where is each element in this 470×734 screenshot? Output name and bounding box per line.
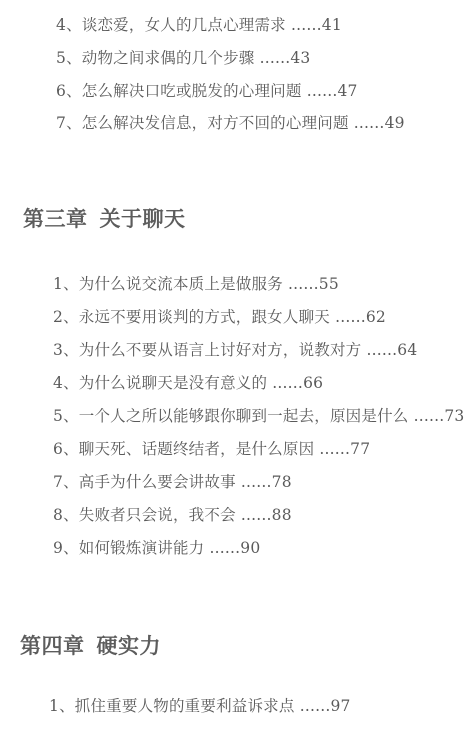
toc-leader: ...... <box>349 114 385 132</box>
toc-separator: 、 <box>66 16 82 34</box>
toc-entry-title: 怎么解决口吃或脱发的心理问题 <box>82 82 302 100</box>
toc-separator: 、 <box>63 341 79 359</box>
toc-page-number: 90 <box>240 539 260 557</box>
toc-entry: 1、为什么说交流本质上是做服务 ......55 <box>53 274 339 294</box>
toc-leader: ...... <box>302 82 338 100</box>
toc-entry: 4、为什么说聊天是没有意义的 ......66 <box>53 373 323 393</box>
toc-separator: 、 <box>63 506 79 524</box>
toc-entry-number: 1 <box>53 275 63 293</box>
toc-leader: ...... <box>204 539 240 557</box>
toc-leader: ...... <box>283 275 319 293</box>
toc-entry: 6、怎么解决口吃或脱发的心理问题 ......47 <box>56 81 358 101</box>
toc-separator: 、 <box>63 275 79 293</box>
toc-page-number: 73 <box>444 407 464 425</box>
toc-entry-number: 3 <box>53 341 63 359</box>
toc-entry-number: 6 <box>53 440 63 458</box>
toc-entry-number: 5 <box>56 49 66 67</box>
toc-entry: 1、抓住重要人物的重要利益诉求点 ......97 <box>49 696 351 716</box>
toc-entry: 4、谈恋爱，女人的几点心理需求 ......41 <box>56 15 342 35</box>
toc-entry-title: 为什么不要从语言上讨好对方，说教对方 <box>79 341 362 359</box>
toc-page-number: 66 <box>303 374 323 392</box>
chapter-label: 第三章 <box>23 206 88 231</box>
toc-entry: 6、聊天死、话题终结者，是什么原因 ......77 <box>53 439 370 459</box>
toc-entry: 2、永远不要用谈判的方式，跟女人聊天 ......62 <box>53 307 386 327</box>
toc-entry-title: 一个人之所以能够跟你聊到一起去，原因是什么 <box>79 407 409 425</box>
toc-entry-title: 为什么说交流本质上是做服务 <box>79 275 283 293</box>
toc-entry: 7、怎么解决发信息，对方不回的心理问题 ......49 <box>56 113 405 133</box>
toc-entry: 3、为什么不要从语言上讨好对方，说教对方 ......64 <box>53 340 417 360</box>
toc-entry: 5、动物之间求偶的几个步骤 ......43 <box>56 48 310 68</box>
toc-entry: 8、失败者只会说，我不会 ......88 <box>53 505 292 525</box>
toc-page-number: 97 <box>330 697 350 715</box>
toc-entry-number: 8 <box>53 506 63 524</box>
toc-leader: ...... <box>314 440 350 458</box>
toc-entry-number: 7 <box>56 114 66 132</box>
toc-page-number: 77 <box>350 440 370 458</box>
toc-leader: ...... <box>330 308 366 326</box>
toc-page-number: 43 <box>290 49 310 67</box>
toc-entry-title: 失败者只会说，我不会 <box>79 506 236 524</box>
toc-entry-number: 5 <box>53 407 63 425</box>
toc-entry-title: 高手为什么要会讲故事 <box>79 473 236 491</box>
toc-separator: 、 <box>63 440 79 458</box>
toc-entry-title: 抓住重要人物的重要利益诉求点 <box>75 697 295 715</box>
toc-leader: ...... <box>286 16 322 34</box>
toc-page-number: 49 <box>385 114 405 132</box>
toc-entry-title: 聊天死、话题终结者，是什么原因 <box>79 440 315 458</box>
toc-leader: ...... <box>254 49 290 67</box>
chapter-label: 第四章 <box>20 633 85 658</box>
toc-page-number: 47 <box>337 82 357 100</box>
toc-leader: ...... <box>361 341 397 359</box>
toc-separator: 、 <box>63 539 79 557</box>
toc-page-number: 62 <box>366 308 386 326</box>
toc-entry-title: 为什么说聊天是没有意义的 <box>79 374 267 392</box>
toc-entry-number: 6 <box>56 82 66 100</box>
toc-page-number: 64 <box>397 341 417 359</box>
toc-entry-number: 2 <box>53 308 63 326</box>
toc-separator: 、 <box>66 49 82 67</box>
toc-page-number: 41 <box>322 16 342 34</box>
chapter-title: 硬实力 <box>97 633 162 658</box>
toc-separator: 、 <box>66 114 82 132</box>
toc-leader: ...... <box>408 407 444 425</box>
toc-separator: 、 <box>66 82 82 100</box>
toc-entry: 9、如何锻炼演讲能力 ......90 <box>53 538 260 558</box>
toc-entry: 7、高手为什么要会讲故事 ......78 <box>53 472 292 492</box>
toc-leader: ...... <box>236 506 272 524</box>
toc-leader: ...... <box>295 697 331 715</box>
toc-leader: ...... <box>267 374 303 392</box>
toc-entry-title: 如何锻炼演讲能力 <box>79 539 205 557</box>
toc-page-number: 55 <box>319 275 339 293</box>
toc-leader: ...... <box>236 473 272 491</box>
toc-entry-number: 9 <box>53 539 63 557</box>
toc-separator: 、 <box>59 697 75 715</box>
toc-entry-number: 4 <box>56 16 66 34</box>
toc-entry-title: 永远不要用谈判的方式，跟女人聊天 <box>79 308 330 326</box>
toc-page-number: 88 <box>272 506 292 524</box>
chapter-heading: 第四章硬实力 <box>20 632 161 660</box>
toc-separator: 、 <box>63 308 79 326</box>
toc-entry-title: 怎么解决发信息，对方不回的心理问题 <box>82 114 349 132</box>
toc-entry-title: 谈恋爱，女人的几点心理需求 <box>82 16 286 34</box>
toc-entry: 5、一个人之所以能够跟你聊到一起去，原因是什么 ......73 <box>53 406 464 426</box>
toc-page-number: 78 <box>272 473 292 491</box>
toc-entry-number: 1 <box>49 697 59 715</box>
toc-entry-number: 4 <box>53 374 63 392</box>
toc-entry-title: 动物之间求偶的几个步骤 <box>82 49 255 67</box>
toc-separator: 、 <box>63 473 79 491</box>
toc-separator: 、 <box>63 374 79 392</box>
toc-entry-number: 7 <box>53 473 63 491</box>
toc-separator: 、 <box>63 407 79 425</box>
chapter-heading: 第三章关于聊天 <box>23 205 186 233</box>
chapter-title: 关于聊天 <box>100 206 186 231</box>
